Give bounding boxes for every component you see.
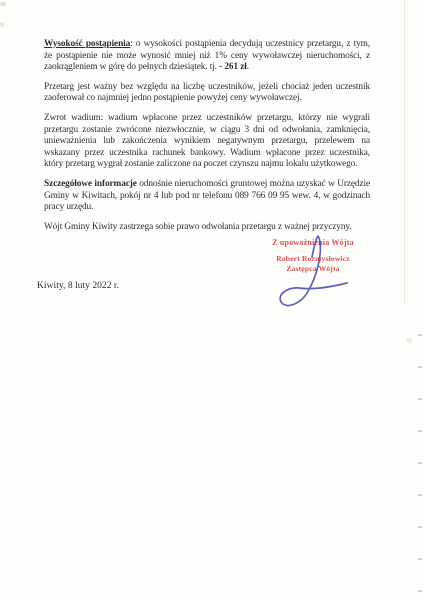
scan-edge-mark: [418, 334, 422, 336]
paragraph-deposit-refund: Zwrot wadium: wadium wpłacone przez ucze…: [44, 113, 370, 171]
paragraph-text: .: [247, 62, 249, 72]
scan-edge-mark: [418, 494, 422, 496]
scan-smudge: [406, 338, 412, 343]
place-and-date: Kiwity, 8 luty 2022 r.: [37, 280, 119, 291]
scan-smudge: [0, 22, 4, 27]
scan-edge-mark: [418, 526, 422, 528]
paragraph-cancellation-right: Wójt Gminy Kiwity zastrzega sobie prawo …: [44, 222, 370, 234]
paragraph-text: Zwrot wadium: wadium wpłacone przez ucze…: [44, 113, 370, 169]
scan-edge-mark: [418, 430, 422, 432]
scan-edge-mark: [418, 462, 422, 464]
scanned-document-page: Wysokość postąpienia: o wysokości postąp…: [0, 0, 424, 600]
bid-increment-amount: - 261 zł: [219, 62, 247, 72]
scan-edge-mark: [418, 558, 422, 560]
scan-smudge: [0, 2, 6, 6]
paragraph-text: Wójt Gminy Kiwity zastrzega sobie prawo …: [44, 222, 352, 232]
scan-edge-mark: [418, 398, 422, 400]
page-edge-shadow: [404, 0, 405, 305]
stamp-signer-title: Zastępca Wójta: [256, 264, 370, 274]
paragraph-detailed-info: Szczegółowe informacje odnośnie nierucho…: [44, 179, 370, 214]
stamp-signer-name: Robert Rozmysłowicz: [256, 254, 370, 264]
paragraph-bid-increment: Wysokość postąpienia: o wysokości postąp…: [44, 39, 370, 74]
paragraph-text: Przetarg jest ważny bez względu na liczb…: [44, 82, 370, 104]
authorization-stamp: Z upoważnienia Wójta Robert Rozmysłowicz…: [256, 238, 370, 273]
paragraph-lead-bid-increment: Wysokość postąpienia: [44, 39, 130, 49]
scan-edge-mark: [418, 366, 422, 368]
stamp-authorization-line: Z upoważnienia Wójta: [256, 238, 370, 247]
scan-edge-mark: [418, 590, 422, 592]
document-body: Wysokość postąpienia: o wysokości postąp…: [44, 39, 370, 241]
paragraph-auction-validity: Przetarg jest ważny bez względu na liczb…: [44, 82, 370, 105]
paragraph-lead-detailed-info: Szczegółowe informacje: [44, 179, 137, 189]
